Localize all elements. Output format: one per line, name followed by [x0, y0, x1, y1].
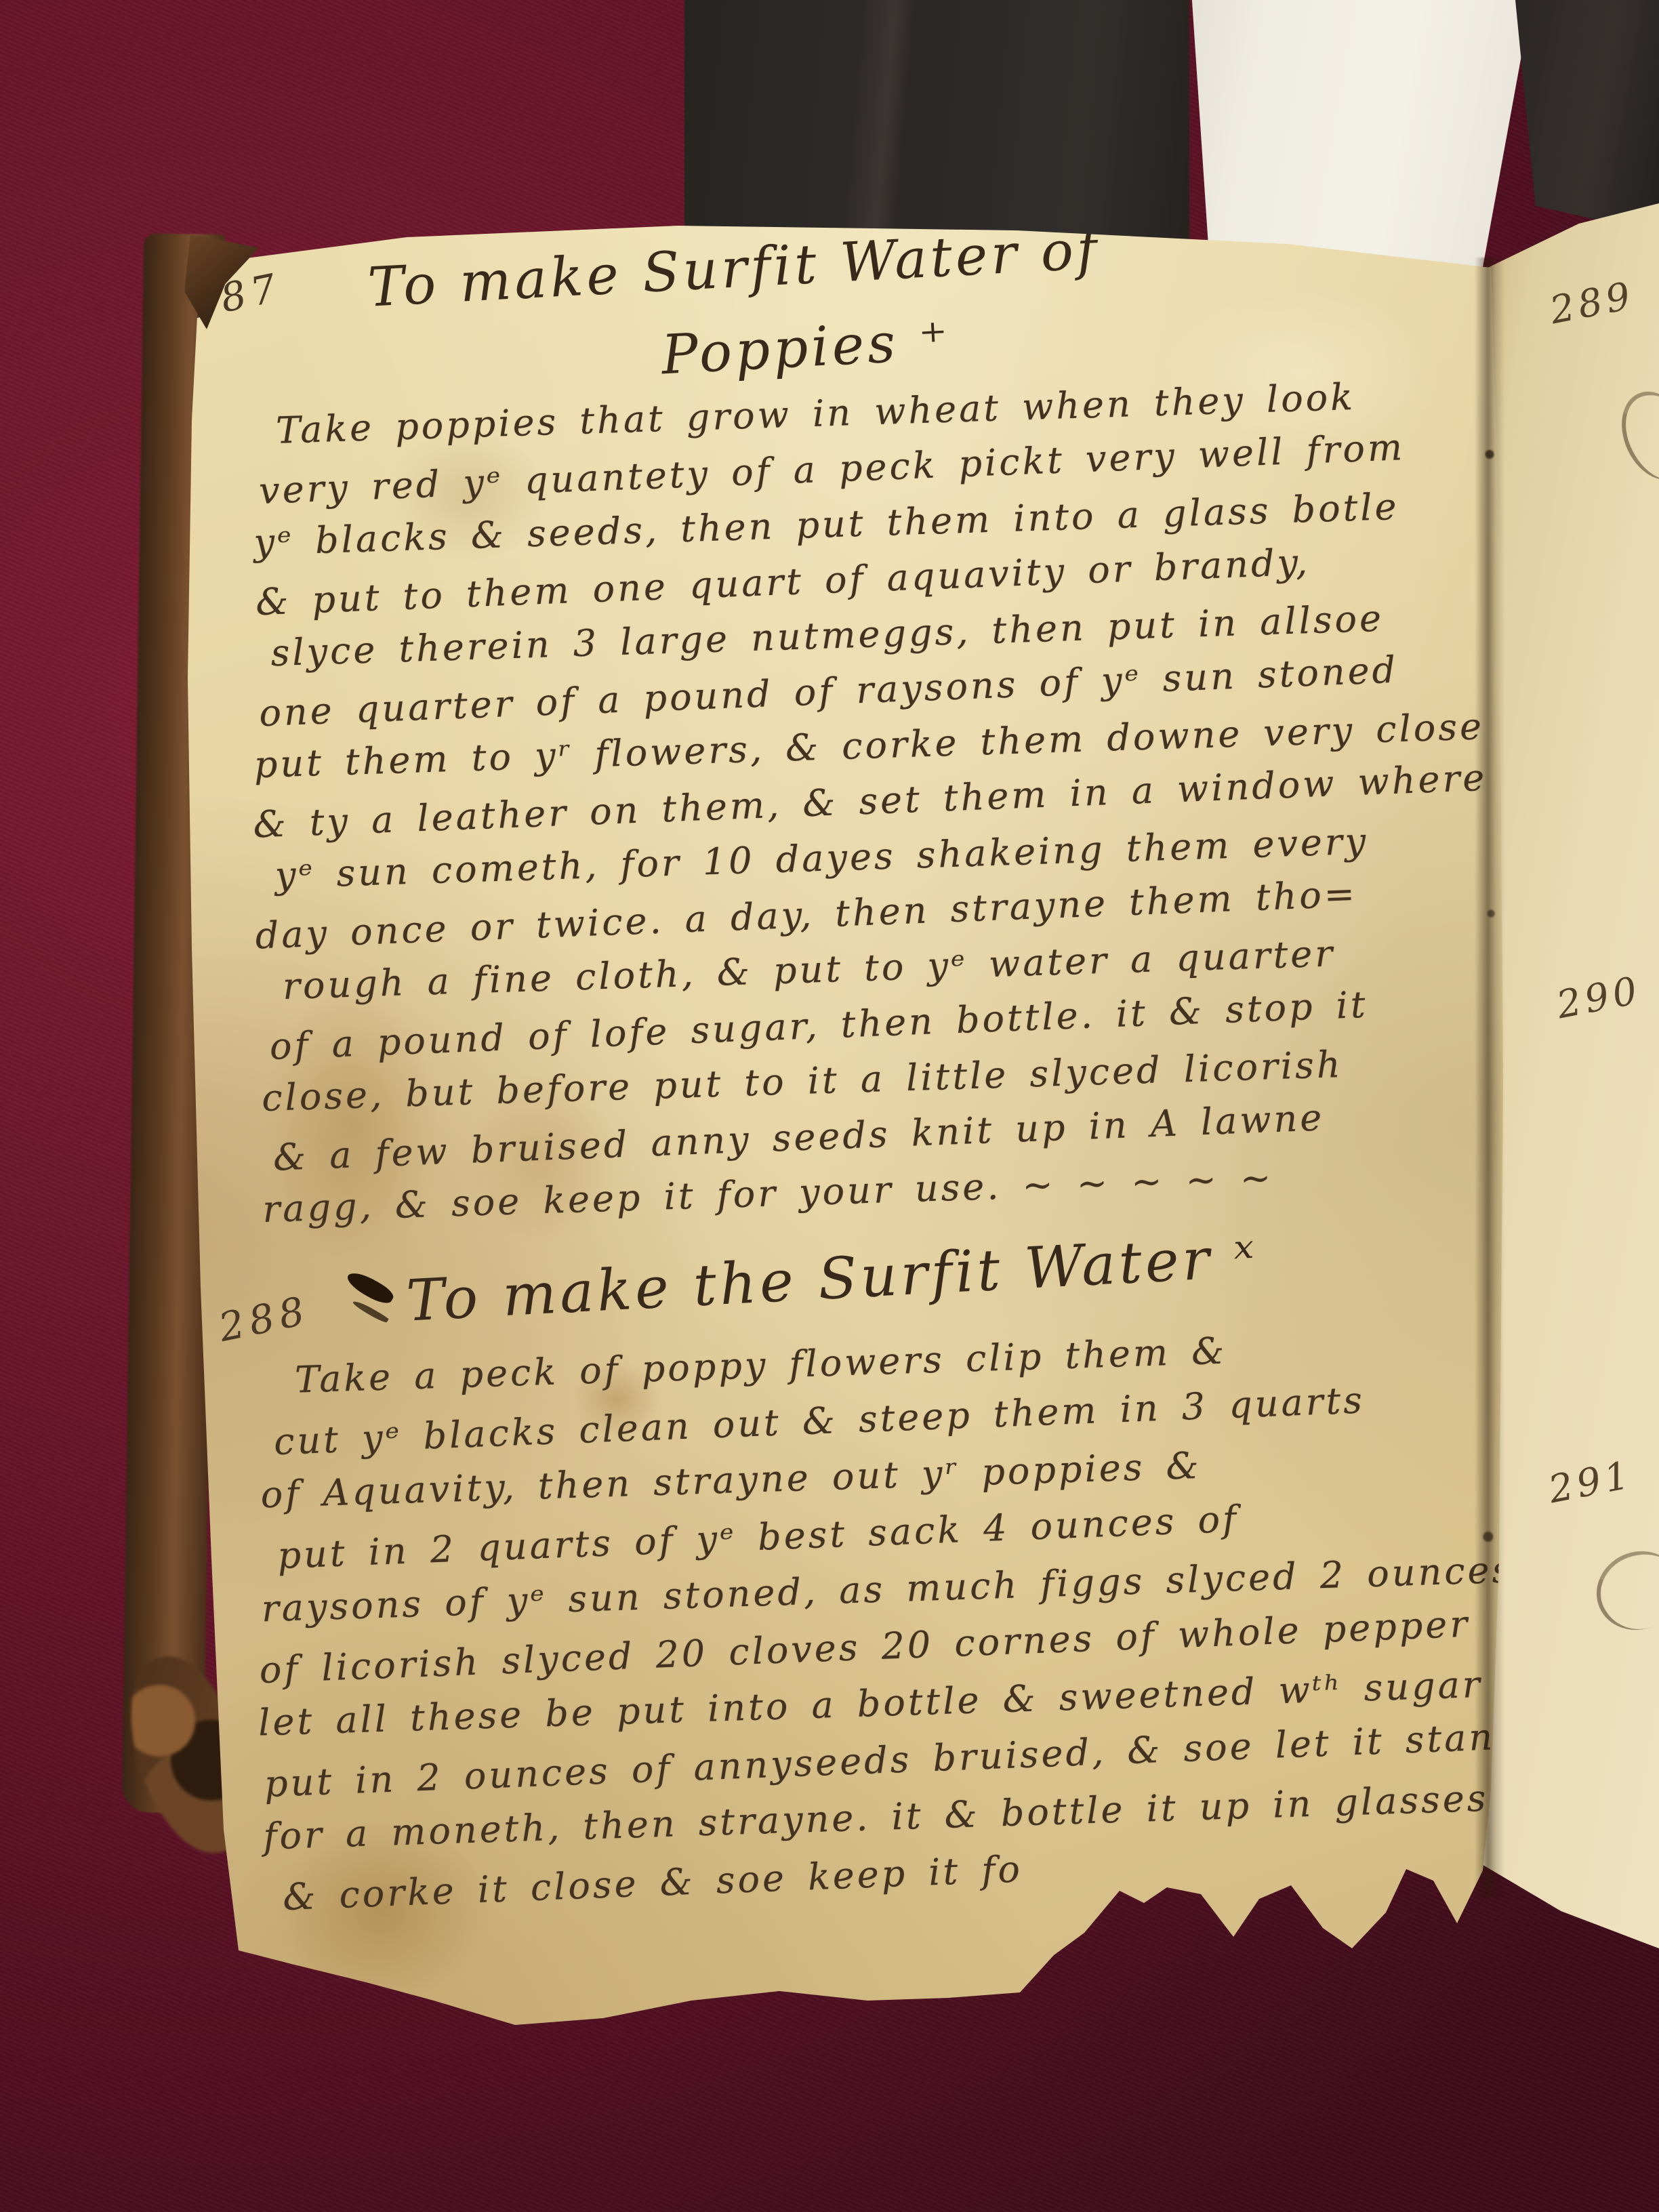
ink-blot: [344, 1267, 396, 1308]
pen-flourish: [1584, 1538, 1659, 1643]
recipe-287-title-line-2: Poppies ⁺: [660, 308, 953, 386]
recipe-287-body: Take poppies that grow in wheat when the…: [249, 365, 1500, 1237]
page-number-290: 290: [1553, 968, 1645, 1028]
recipe-288-title: To make the Surfit Water ˣ: [405, 1223, 1259, 1334]
manuscript-text: 287 To make Surfit Water of Poppies ⁺ Ta…: [75, 180, 1555, 2068]
tablecloth-background: 289 290 291 287 To make Surfit Water of …: [0, 0, 1659, 2212]
page-number-289: 289: [1547, 274, 1638, 333]
paper-sheet: [1178, 0, 1532, 271]
page-number-291: 291: [1545, 1453, 1637, 1513]
book-cover-right: [1515, 0, 1659, 234]
pen-flourish: [1608, 380, 1659, 491]
recipe-287-title-line-1: To make Surfit Water of: [366, 218, 1101, 319]
page-gutter-shadow: [1475, 258, 1504, 1898]
right-page: 289 290 291: [1481, 186, 1659, 1948]
book-cover: [684, 0, 1189, 266]
folio-number-288: 288: [215, 1287, 314, 1351]
recipe-288-body: Take a peck of poppy flowers clip them &…: [271, 1313, 1546, 1921]
left-page: 287 To make Surfit Water of Poppies ⁺ Ta…: [102, 203, 1525, 2047]
